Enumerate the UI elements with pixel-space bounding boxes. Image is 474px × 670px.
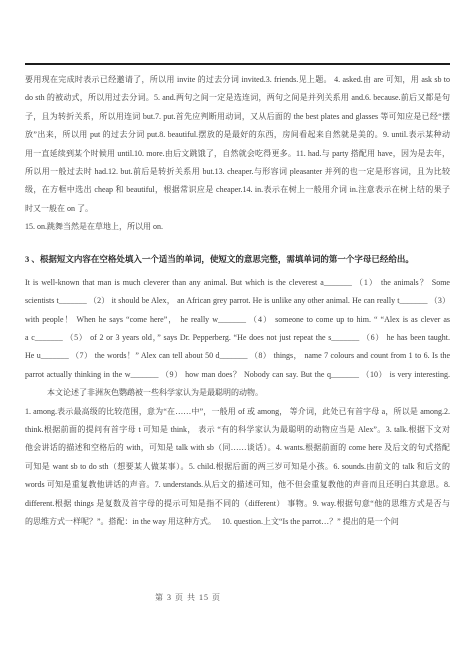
text-line: scientists t_______ （2） it should be Ale… xyxy=(25,292,450,310)
section-3-heading: 3 、根据短文内容在空格处填入一个适当的单词，使短文的意思完整，需填单词的第一个… xyxy=(25,250,450,268)
text-line: 1. among.表示最高级的比较范围，意为“在……中”，一般用 of 或 am… xyxy=(25,403,450,421)
text-line: think.根据前面的提问有首字母 t 可知是 think， 表示 “有的科学家… xyxy=(25,421,450,439)
answer-item-15-line: 15. on.跳舞当然是在草地上，所以用 on. xyxy=(25,218,450,236)
document-body: 要用现在完成时表示已经邀请了，所以用 invite 的过去分词 invited.… xyxy=(25,71,450,531)
text-line: words 可知是重复教他讲话的声音。7. understands.从后文的描述… xyxy=(25,476,450,494)
cloze-passage: It is well-known that man is much clever… xyxy=(25,274,450,384)
answer-analysis-closing-line: 的思维方式一样呢？”。搭配：in the way 用这种方式。 10. ques… xyxy=(25,513,450,531)
text-line: 所以用一般过去时 had.12. but.前后是转折关系用 but.13. ch… xyxy=(25,163,450,181)
text-line: different.根据 things 是复数及首字母的提示可知是指不同的（di… xyxy=(25,495,450,513)
text-line: 放”出来，所以用 put 的过去分词 put.8. beautiful.摆放的是… xyxy=(25,126,450,144)
text-line: a c_______ （5） of 2 or 3 years old，” say… xyxy=(25,329,450,347)
text-line: He u_______ （7） the words！” Alex can tel… xyxy=(25,347,450,365)
text-line: 子，且为转折关系，所以用连词 but.7. put.首先应判断用动词，又从后面的… xyxy=(25,108,450,126)
previous-answers-paragraph: 要用现在完成时表示已经邀请了，所以用 invite 的过去分词 invited.… xyxy=(25,71,450,200)
passage-summary-line: 本文论述了非洲灰色鹦鹉被一些科学家认为是最聪明的动物。 xyxy=(25,384,450,402)
text-line: It is well-known that man is much clever… xyxy=(25,274,450,292)
text-line: 要用现在完成时表示已经邀请了，所以用 invite 的过去分词 invited.… xyxy=(25,71,450,89)
page-number-footer: 第 3 页 共 15 页 xyxy=(155,592,221,603)
header-rule xyxy=(25,63,450,65)
previous-answers-closing-line: 时又一般在 on 了。 xyxy=(25,200,450,218)
text-line: 级，在方框中选出 cheap 和 beautiful，根据常识应是 cheape… xyxy=(25,181,450,199)
text-line: 他会讲话的描述和空格后的 with，可知是 talk with sb（同……谈话… xyxy=(25,439,450,457)
text-line: with people！ When he says “come here”， h… xyxy=(25,311,450,329)
text-line: do sth 的被动式，所以用过去分词。5. and.两句之间一定是选连词，两句… xyxy=(25,89,450,107)
text-line: 可知是 want sb to do sth（想要某人做某事）。5. child.… xyxy=(25,458,450,476)
text-line: 用一直延续到某个时候用 until.10. more.由后文跳饿了，自然就会吃得… xyxy=(25,145,450,163)
text-line: parrot actually thinking in the w_______… xyxy=(25,366,450,384)
answer-analysis-paragraph: 1. among.表示最高级的比较范围，意为“在……中”，一般用 of 或 am… xyxy=(25,403,450,513)
